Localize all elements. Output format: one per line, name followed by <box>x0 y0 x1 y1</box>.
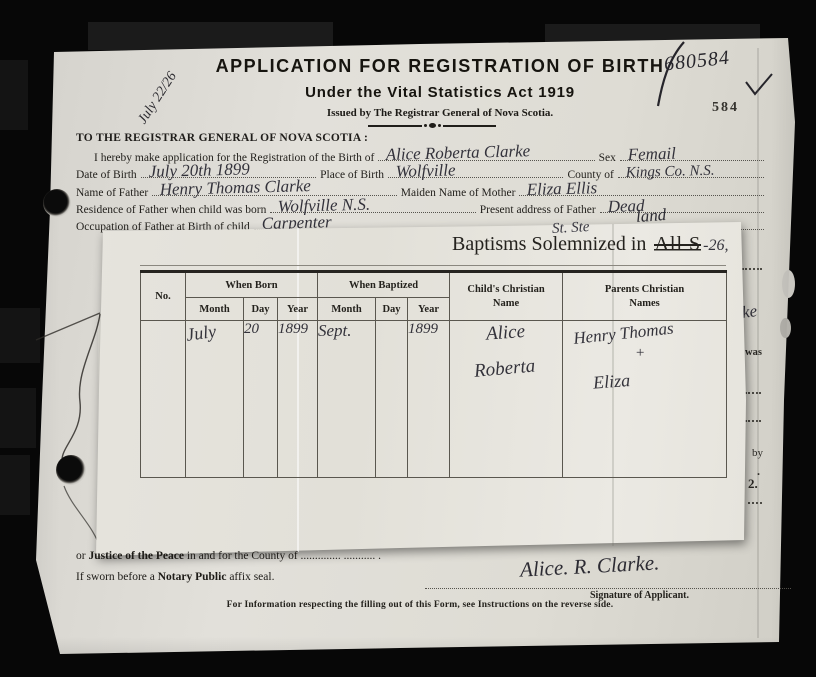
table-row: July 20 1899 Sept. 1899 Alice Roberta He… <box>141 321 727 478</box>
punch-hole <box>56 455 86 485</box>
table-top-rule <box>140 265 726 266</box>
child-name-handwriting: Alice <box>485 318 562 345</box>
scanned-birth-registration-document: July 22/26 680584 584 APPLICATION FOR RE… <box>0 0 816 677</box>
cell-baptized-year: 1899 <box>408 321 450 478</box>
cell-parents-names: Henry Thomas + Eliza <box>563 321 727 478</box>
signature-dotted-line <box>425 588 791 589</box>
baptism-table: No. When Born When Baptized Child's Chri… <box>140 270 727 478</box>
cell-born-year: 1899 <box>278 321 318 478</box>
col-header-no: No. <box>141 272 186 321</box>
parents-names-handwriting: + <box>635 345 726 362</box>
subheader-baptized-day: Day <box>376 298 408 321</box>
baptism-card-title: Baptisms Solemnized inAll S-26, St. Ste <box>452 233 728 256</box>
child-name-handwriting: Roberta <box>473 353 563 383</box>
cell-born-month: July <box>186 321 244 478</box>
parents-names-handwriting: Eliza <box>592 363 726 393</box>
col-header-child-name: Child's Christian Name <box>450 272 563 321</box>
card-title-struck-text: All S <box>654 233 701 255</box>
notary-line: If sworn before a Notary Public affix se… <box>76 571 274 583</box>
col-group-when-baptized: When Baptized <box>318 272 450 298</box>
card-title-handwritten-annotation: -26, <box>703 237 728 254</box>
cell-baptized-month: Sept. <box>318 321 376 478</box>
cell-born-day: 20 <box>244 321 278 478</box>
col-header-parents-names: Parents Christian Names <box>563 272 727 321</box>
subheader-born-day: Day <box>244 298 278 321</box>
punch-hole <box>43 189 71 217</box>
col-group-when-born: When Born <box>186 272 318 298</box>
paper-crease <box>757 48 759 638</box>
card-title-text: Baptisms Solemnized in <box>452 233 646 255</box>
subheader-baptized-month: Month <box>318 298 376 321</box>
form-footer-instructions: For Information respecting the filling o… <box>140 600 700 610</box>
subheader-baptized-year: Year <box>408 298 450 321</box>
card-title-handwritten-overwrite: St. Ste <box>552 219 590 238</box>
cell-child-name: Alice Roberta <box>450 321 563 478</box>
cell-baptized-day <box>376 321 408 478</box>
cell-no <box>141 321 186 478</box>
justice-of-peace-line: or Justice of the Peace in and for the C… <box>76 550 381 562</box>
subheader-born-year: Year <box>278 298 318 321</box>
